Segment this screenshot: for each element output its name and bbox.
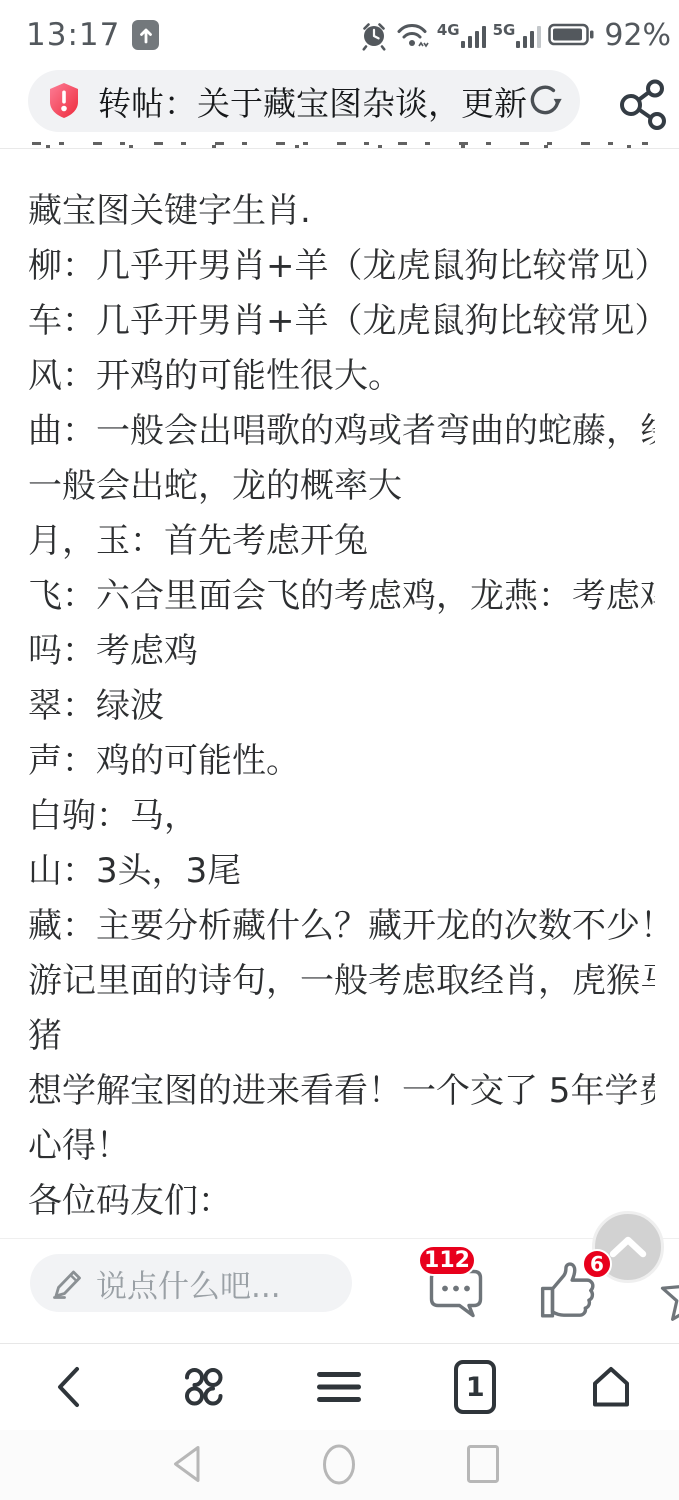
content-line: 声：鸡的可能性。 bbox=[28, 734, 655, 789]
content-line: 藏宝图关键字生肖. bbox=[28, 184, 655, 239]
android-recents-button[interactable] bbox=[463, 1442, 503, 1490]
content-line: 风：开鸡的可能性很大。 bbox=[28, 349, 655, 404]
back-triangle-icon bbox=[168, 1442, 204, 1486]
phone-screen: 13:17 4G 5G bbox=[0, 0, 679, 1500]
android-back-button[interactable] bbox=[168, 1442, 204, 1490]
refresh-icon[interactable] bbox=[526, 82, 564, 120]
content-line: 曲：一般会出唱歌的鸡或者弯曲的蛇藤，绕： bbox=[28, 404, 655, 459]
back-button[interactable] bbox=[0, 1344, 136, 1430]
home-circle-icon bbox=[319, 1442, 359, 1487]
apps-flower-icon bbox=[181, 1364, 227, 1410]
content-line: 吗：考虑鸡 bbox=[28, 624, 655, 679]
comment-toolbar: 说点什么吧... 112 6 bbox=[0, 1238, 679, 1343]
tabs-button[interactable]: 1 bbox=[407, 1344, 543, 1430]
signal-5g: 5G bbox=[493, 21, 543, 49]
android-home-button[interactable] bbox=[319, 1442, 359, 1491]
content-line: 柳：几乎开男肖+羊（龙虎鼠狗比较常见） bbox=[28, 239, 655, 294]
upload-arrow-icon bbox=[132, 20, 159, 50]
recents-square-icon bbox=[463, 1442, 503, 1486]
browser-toolbar: 1 bbox=[0, 1343, 679, 1430]
like-count-badge: 6 bbox=[582, 1249, 612, 1279]
content-line: 藏：主要分析藏什么？藏开龙的次数不少！西 bbox=[28, 899, 655, 954]
menu-button[interactable] bbox=[272, 1344, 408, 1430]
status-bar: 13:17 4G 5G bbox=[0, 0, 679, 62]
chevron-left-icon bbox=[54, 1364, 82, 1410]
content-line: 猪 bbox=[28, 1009, 655, 1064]
hamburger-menu-icon bbox=[316, 1370, 362, 1404]
battery-percent: 92% bbox=[604, 18, 671, 53]
status-icons: 4G 5G 92% bbox=[359, 18, 671, 53]
content-line: 月，玉：首先考虑开兔 bbox=[28, 514, 655, 569]
network-4g-label: 4G bbox=[437, 21, 460, 39]
favorite-star-icon[interactable] bbox=[659, 1265, 679, 1327]
address-bar[interactable]: 转帖：关于藏宝图杂谈，更新 bbox=[28, 70, 580, 132]
comment-placeholder: 说点什么吧... bbox=[96, 1261, 281, 1306]
like-button[interactable]: 6 bbox=[534, 1243, 618, 1341]
content-line: 车：几乎开男肖+羊（龙虎鼠狗比较常见） bbox=[28, 294, 655, 349]
comments-button[interactable]: 112 bbox=[416, 1239, 496, 1339]
content-line: 各位码友们： bbox=[28, 1174, 655, 1229]
page-title: 转帖：关于藏宝图杂谈，更新 bbox=[98, 78, 526, 125]
content-line: 想学解宝图的进来看看！一个交了 5年学费的 bbox=[28, 1064, 655, 1119]
home-icon bbox=[586, 1362, 636, 1412]
wifi-icon bbox=[395, 19, 431, 51]
content-line: 白驹：马， bbox=[28, 789, 655, 844]
content-line: 一般会出蛇，龙的概率大 bbox=[28, 459, 655, 514]
site-safety-shield-icon[interactable] bbox=[46, 81, 82, 121]
alarm-clock-icon bbox=[359, 19, 389, 51]
content-line: 心得！ bbox=[28, 1119, 655, 1174]
clock-time: 13:17 bbox=[26, 17, 120, 53]
signal-4g: 4G bbox=[437, 21, 487, 49]
battery-icon bbox=[548, 21, 598, 49]
content-line: 山：3头，3尾 bbox=[28, 844, 655, 899]
tab-count: 1 bbox=[454, 1360, 496, 1414]
comment-input[interactable]: 说点什么吧... bbox=[30, 1254, 352, 1312]
header-divider bbox=[0, 148, 679, 149]
post-body: 藏宝图关键字生肖.柳：几乎开男肖+羊（龙虎鼠狗比较常见）车：几乎开男肖+羊（龙虎… bbox=[0, 150, 679, 1229]
content-line: 游记里面的诗句，一般考虑取经肖，虎猴马龙 bbox=[28, 954, 655, 1009]
home-button[interactable] bbox=[543, 1344, 679, 1430]
share-icon[interactable] bbox=[618, 79, 666, 135]
content-line: 翠：绿波 bbox=[28, 679, 655, 734]
content-line: 飞：六合里面会飞的考虑鸡，龙燕：考虑鸡 bbox=[28, 569, 655, 624]
browser-header: 转帖：关于藏宝图杂谈，更新 bbox=[0, 62, 679, 150]
comment-count-badge: 112 bbox=[418, 1245, 476, 1276]
chevron-up-icon bbox=[608, 1235, 648, 1259]
android-nav-bar bbox=[0, 1430, 679, 1500]
pencil-icon bbox=[50, 1266, 84, 1300]
network-5g-label: 5G bbox=[493, 21, 516, 39]
apps-button[interactable] bbox=[136, 1344, 272, 1430]
